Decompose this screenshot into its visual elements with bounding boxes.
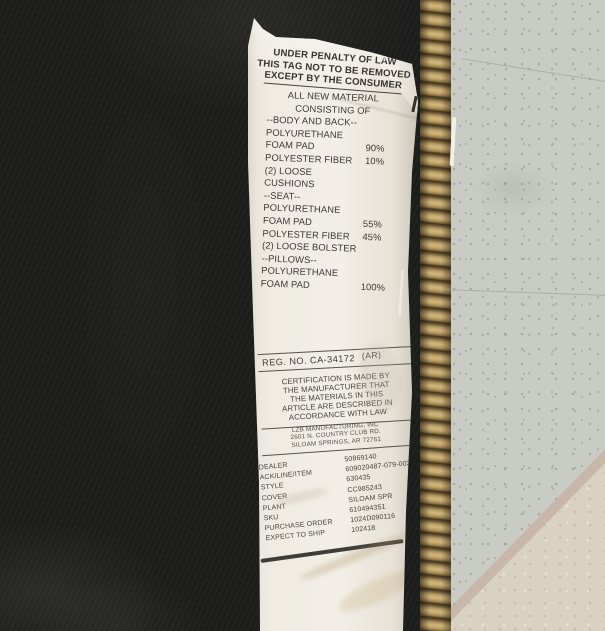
floor-scratch xyxy=(445,289,605,296)
photo-scene: UNDER PENALTY OF LAW THIS TAG NOT TO BE … xyxy=(0,0,605,631)
concrete-floor xyxy=(451,0,605,631)
carpet-trim-edge xyxy=(420,0,451,631)
law-tag: UNDER PENALTY OF LAW THIS TAG NOT TO BE … xyxy=(240,12,432,631)
floor-scratch xyxy=(462,58,605,82)
materials-list: ALL NEW MATERIAL CONSISTING OF --BODY AN… xyxy=(259,88,416,295)
